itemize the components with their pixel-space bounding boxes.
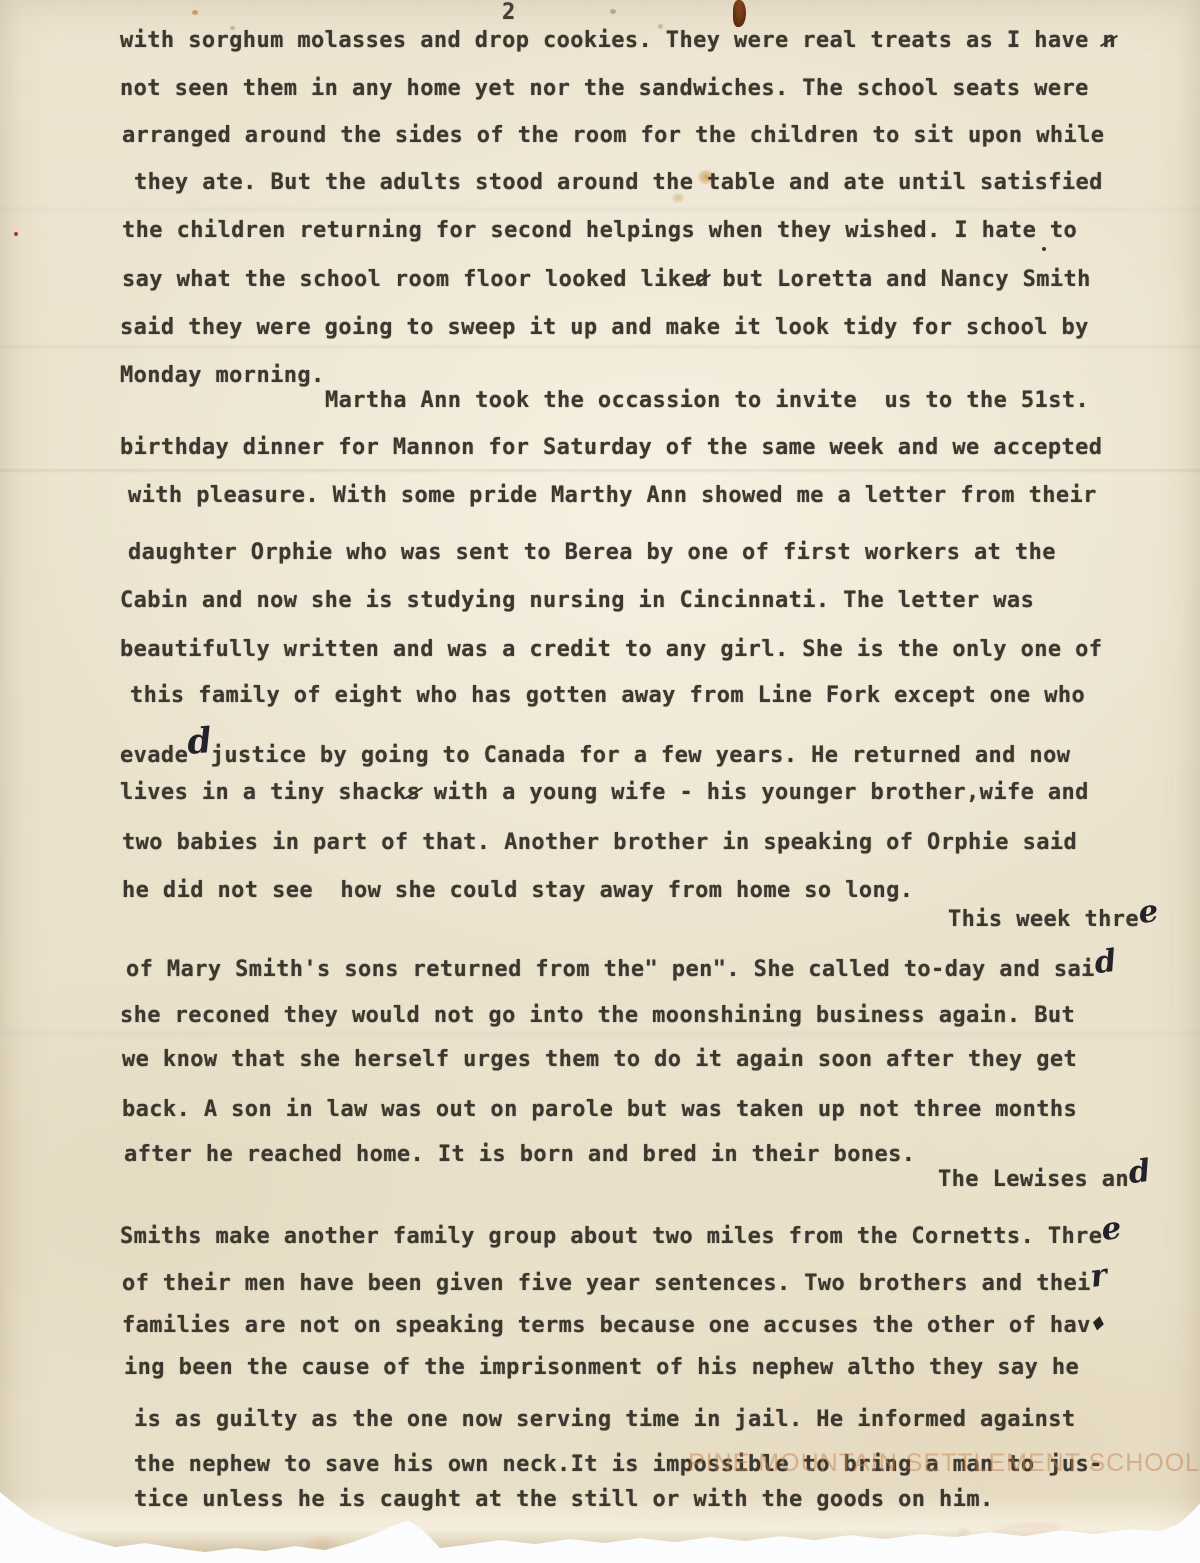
text-line: birthday dinner for Mannon for Saturday … — [120, 435, 1102, 460]
typed-text: evade — [120, 743, 188, 768]
typed-text: after he reached home. It is born and br… — [124, 1142, 915, 1167]
crease-line — [0, 1030, 1200, 1038]
typed-text: arranged around the sides of the room fo… — [122, 123, 1104, 148]
typed-text: say what the school room floor looked li… — [122, 267, 695, 292]
typed-text: This week thre — [948, 907, 1139, 932]
handwritten-correction: e — [1136, 893, 1160, 931]
text-line: beautifully written and was a credit to … — [120, 637, 1102, 662]
text-line: Martha Ann took the occassion to invite … — [325, 388, 1089, 413]
ink-mark: ♦ — [1088, 1309, 1107, 1339]
typed-text: daughter Orphie who was sent to Berea by… — [128, 540, 1056, 565]
text-line: after he reached home. It is born and br… — [124, 1142, 915, 1167]
red-dot — [14, 232, 18, 236]
typed-text: Martha Ann took the occassion to invite … — [325, 388, 1089, 413]
text-line: with sorghum molasses and drop cookies. … — [120, 28, 1116, 53]
text-line: ing been the cause of the imprisonment o… — [124, 1355, 1079, 1380]
text-line: tice unless he is caught at the still or… — [134, 1487, 994, 1512]
text-line: they ate. But the adults stood around th… — [134, 170, 1103, 195]
handwritten-correction: e — [1100, 1210, 1124, 1248]
text-line: not seen them in any home yet nor the sa… — [120, 76, 1089, 101]
typed-text: back. A son in law was out on parole but… — [122, 1097, 1077, 1122]
text-line: lives in a tiny shacks with a young wife… — [120, 780, 1089, 805]
typed-text: ing been the cause of the imprisonment o… — [124, 1355, 1079, 1380]
typed-text: Monday morning. — [120, 363, 325, 388]
text-line: Monday morning. — [120, 363, 325, 388]
text-line: say what the school room floor looked li… — [122, 267, 1091, 292]
scanned-letter-page: 2 with sorghum molasses and drop cookies… — [0, 0, 1200, 1563]
text-line: with pleasure. With some pride Marthy An… — [128, 483, 1097, 508]
typed-text: lives in a tiny shack — [120, 780, 407, 805]
text-line: arranged around the sides of the room fo… — [122, 123, 1104, 148]
text-line: daughter Orphie who was sent to Berea by… — [128, 540, 1056, 565]
crease-line — [0, 468, 1200, 473]
typed-text: they ate. But the adults stood around th… — [134, 170, 1103, 195]
paper-speck — [610, 9, 616, 14]
text-line: of Mary Smith's sons returned from the" … — [126, 948, 1117, 984]
typed-text: is as guilty as the one now serving time… — [134, 1407, 1076, 1432]
crease-line — [0, 344, 1200, 350]
handwritten-correction: d — [1126, 1153, 1152, 1191]
text-line: evadedjustice by going to Canada for a f… — [120, 730, 1070, 771]
text-line: the children returning for second helpin… — [122, 218, 1077, 243]
typed-text: birthday dinner for Mannon for Saturday … — [120, 435, 1102, 460]
text-line: back. A son in law was out on parole but… — [122, 1097, 1077, 1122]
typed-text: Smiths make another family group about t… — [120, 1224, 1102, 1249]
typed-text: of Mary Smith's sons returned from the" … — [126, 957, 1095, 982]
paper-speck — [192, 10, 198, 15]
page-number: 2 — [502, 0, 515, 25]
watermark: PINE MOUNTAIN SETTLEMENT SCHOOL — [688, 1449, 1200, 1478]
handwritten-correction: d — [186, 720, 212, 763]
text-line: said they were going to sweep it up and … — [120, 315, 1089, 340]
text-line: is as guilty as the one now serving time… — [134, 1407, 1076, 1432]
text-line: two babies in part of that. Another brot… — [122, 830, 1077, 855]
crease-line — [0, 205, 1200, 213]
typed-text: beautifully written and was a credit to … — [120, 637, 1102, 662]
typed-text: of their men have been given five year s… — [122, 1271, 1091, 1296]
typed-text: families are not on speaking terms becau… — [122, 1313, 1091, 1338]
handwritten-correction: d — [1092, 943, 1118, 981]
struck-character: s — [407, 780, 421, 805]
handwritten-correction: r — [1088, 1257, 1109, 1295]
typed-text: this family of eight who has gotten away… — [130, 683, 1085, 708]
typed-text: she reconed they would not go into the m… — [120, 1003, 1075, 1028]
struck-character: n — [1102, 28, 1116, 53]
stray-type-dot — [1042, 247, 1046, 251]
text-line: This week three — [948, 898, 1159, 934]
struck-character: d — [695, 267, 709, 292]
typed-text: with pleasure. With some pride Marthy An… — [128, 483, 1097, 508]
typed-text: justice by going to Canada for a few yea… — [211, 743, 1071, 768]
text-line: of their men have been given five year s… — [122, 1262, 1108, 1298]
typed-text: we know that she herself urges them to d… — [122, 1047, 1077, 1072]
typed-text: said they were going to sweep it up and … — [120, 315, 1089, 340]
text-line: she reconed they would not go into the m… — [120, 1003, 1075, 1028]
typed-text: with a young wife - his younger brother,… — [420, 780, 1089, 805]
typed-text: two babies in part of that. Another brot… — [122, 830, 1077, 855]
typed-text: the children returning for second helpin… — [122, 218, 1077, 243]
text-line: Smiths make another family group about t… — [120, 1215, 1123, 1251]
text-line: he did not see how she could stay away f… — [122, 878, 913, 903]
ink-blot — [733, 0, 746, 27]
paper-sheet: 2 with sorghum molasses and drop cookies… — [0, 0, 1200, 1563]
typed-text: tice unless he is caught at the still or… — [134, 1487, 994, 1512]
text-line: this family of eight who has gotten away… — [130, 683, 1085, 708]
text-line: we know that she herself urges them to d… — [122, 1047, 1077, 1072]
typed-text: not seen them in any home yet nor the sa… — [120, 76, 1089, 101]
typed-text: he did not see how she could stay away f… — [122, 878, 913, 903]
text-line: The Lewises and — [938, 1158, 1151, 1194]
text-line: Cabin and now she is studying nursing in… — [120, 588, 1034, 613]
text-line: families are not on speaking terms becau… — [122, 1310, 1106, 1338]
typed-text: with sorghum molasses and drop cookies. … — [120, 28, 1102, 53]
typed-text: but Loretta and Nancy Smith — [709, 267, 1091, 292]
typed-text: Cabin and now she is studying nursing in… — [120, 588, 1034, 613]
typed-text: The Lewises an — [938, 1167, 1129, 1192]
